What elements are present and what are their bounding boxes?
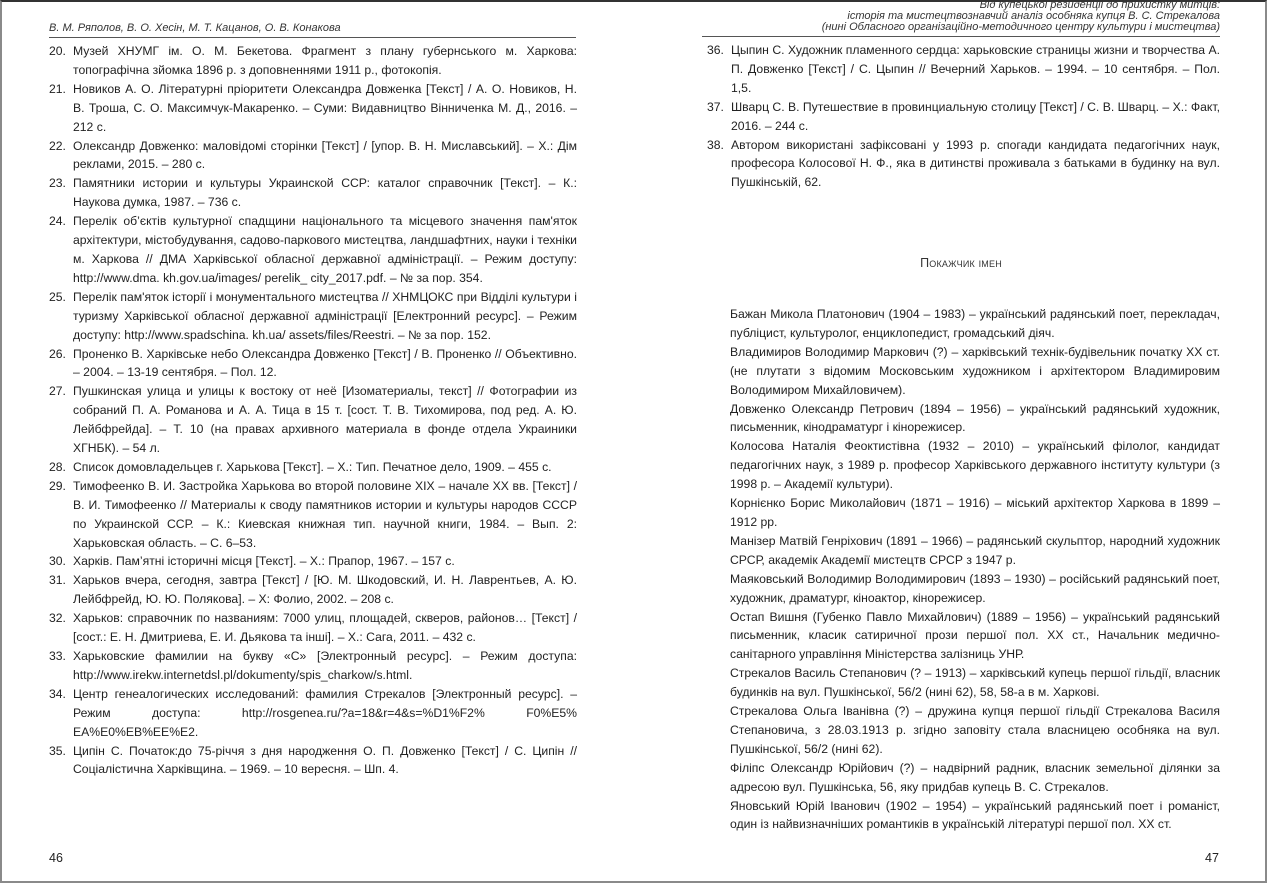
reference-number: 25. bbox=[49, 288, 66, 307]
page-number-right: 47 bbox=[1205, 851, 1219, 865]
reference-item: 34.Центр генеалогических исследований: ф… bbox=[49, 685, 577, 742]
running-head-title-line-3: (нині Обласного організаційно-методичног… bbox=[702, 22, 1220, 33]
reference-number: 31. bbox=[49, 571, 66, 590]
name-index-entry: Довженко Олександр Петрович (1894 – 1956… bbox=[730, 400, 1220, 438]
reference-text: Олександр Довженко: маловідомі сторінки … bbox=[73, 139, 577, 172]
name-index-entry: Манізер Матвій Генріхович (1891 – 1966) … bbox=[730, 532, 1220, 570]
running-head-right: Від купецької резиденції до прихистку ми… bbox=[702, 0, 1220, 37]
reference-item: 35.Ципін С. Початок:до 75-річчя з дня на… bbox=[49, 742, 577, 780]
reference-number: 20. bbox=[49, 42, 66, 61]
page-number-left: 46 bbox=[49, 851, 63, 865]
reference-text: Список домовладельцев г. Харькова [Текст… bbox=[73, 460, 552, 474]
reference-number: 32. bbox=[49, 609, 66, 628]
reference-text: Музей ХНУМГ ім. О. М. Бекетова. Фрагмент… bbox=[73, 44, 577, 77]
reference-text: Автором використані зафіксовані у 1993 р… bbox=[731, 138, 1220, 190]
reference-text: Перелік об’єктів культурної спадщини нац… bbox=[73, 214, 577, 285]
reference-text: Памятники истории и культуры Украинской … bbox=[73, 176, 577, 209]
reference-list-left: 20.Музей ХНУМГ ім. О. М. Бекетова. Фрагм… bbox=[49, 42, 577, 779]
reference-text: Цыпин С. Художник пламенного сердца: хар… bbox=[731, 43, 1220, 95]
name-index-list: Бажан Микола Платонович (1904 – 1983) – … bbox=[730, 305, 1220, 834]
reference-item: 38.Автором використані зафіксовані у 199… bbox=[707, 136, 1220, 193]
reference-number: 36. bbox=[707, 41, 724, 60]
reference-number: 23. bbox=[49, 174, 66, 193]
reference-number: 34. bbox=[49, 685, 66, 704]
reference-item: 36.Цыпин С. Художник пламенного сердца: … bbox=[707, 41, 1220, 98]
name-index-entry: Філіпс Олександр Юрійович (?) – надвірни… bbox=[730, 759, 1220, 797]
reference-item: 30.Харків. Пам’ятні історичні місця [Тек… bbox=[49, 552, 577, 571]
reference-item: 23.Памятники истории и культуры Украинск… bbox=[49, 174, 577, 212]
book-spread-frame: В. М. Ряполов, В. О. Хесін, М. Т. Кацано… bbox=[0, 0, 1267, 883]
reference-number: 35. bbox=[49, 742, 66, 761]
name-index-entry: Стрекалов Василь Степанович (? – 1913) –… bbox=[730, 664, 1220, 702]
reference-number: 22. bbox=[49, 137, 66, 156]
reference-text: Харьков вчера, сегодня, завтра [Текст] /… bbox=[73, 573, 577, 606]
reference-text: Проненко В. Харківське небо Олександра Д… bbox=[73, 347, 577, 380]
reference-number: 37. bbox=[707, 98, 724, 117]
reference-text: Шварц С. В. Путешествие в провинциальную… bbox=[731, 100, 1220, 133]
reference-text: Харьковские фамилии на букву «С» [Электр… bbox=[73, 649, 577, 682]
reference-text: Ципін С. Початок:до 75-річчя з дня народ… bbox=[73, 744, 577, 777]
name-index-entry: Корнієнко Борис Миколайович (1871 – 1916… bbox=[730, 494, 1220, 532]
reference-text: Пушкинская улица и улицы к востоку от не… bbox=[73, 384, 577, 455]
reference-number: 24. bbox=[49, 212, 66, 231]
name-index-entry: Яновський Юрій Іванович (1902 – 1954) – … bbox=[730, 797, 1220, 835]
reference-item: 24.Перелік об’єктів культурної спадщини … bbox=[49, 212, 577, 288]
reference-item: 21.Новиков А. О. Літературні пріоритети … bbox=[49, 80, 577, 137]
reference-item: 22.Олександр Довженко: маловідомі сторін… bbox=[49, 137, 577, 175]
right-page: Від купецької резиденції до прихистку ми… bbox=[635, 2, 1267, 883]
reference-number: 26. bbox=[49, 345, 66, 364]
reference-item: 27.Пушкинская улица и улицы к востоку от… bbox=[49, 382, 577, 458]
reference-text: Новиков А. О. Літературні пріоритети Оле… bbox=[73, 82, 577, 134]
name-index-entry: Бажан Микола Платонович (1904 – 1983) – … bbox=[730, 305, 1220, 343]
reference-item: 31.Харьков вчера, сегодня, завтра [Текст… bbox=[49, 571, 577, 609]
name-index-heading: Покажчик імен bbox=[702, 256, 1220, 270]
reference-text: Перелік пам'яток історії і монументально… bbox=[73, 290, 577, 342]
running-head-authors: В. М. Ряполов, В. О. Хесін, М. Т. Кацано… bbox=[49, 23, 576, 34]
reference-text: Харків. Пам’ятні історичні місця [Текст]… bbox=[73, 554, 455, 568]
reference-number: 29. bbox=[49, 477, 66, 496]
reference-number: 21. bbox=[49, 80, 66, 99]
reference-text: Центр генеалогических исследований: фами… bbox=[73, 687, 577, 739]
reference-item: 25.Перелік пам'яток історії і монументал… bbox=[49, 288, 577, 345]
name-index-entry: Маяковський Володимир Володимирович (189… bbox=[730, 570, 1220, 608]
reference-item: 32.Харьков: справочник по названиям: 700… bbox=[49, 609, 577, 647]
reference-number: 30. bbox=[49, 552, 66, 571]
reference-item: 29.Тимофеенко В. И. Застройка Харькова в… bbox=[49, 477, 577, 553]
reference-text: Харьков: справочник по названиям: 7000 у… bbox=[73, 611, 577, 644]
name-index-entry: Владимиров Володимир Маркович (?) – харк… bbox=[730, 343, 1220, 400]
reference-item: 20.Музей ХНУМГ ім. О. М. Бекетова. Фрагм… bbox=[49, 42, 577, 80]
reference-item: 26.Проненко В. Харківське небо Олександр… bbox=[49, 345, 577, 383]
reference-number: 38. bbox=[707, 136, 724, 155]
running-head-left: В. М. Ряполов, В. О. Хесін, М. Т. Кацано… bbox=[49, 23, 576, 38]
reference-number: 28. bbox=[49, 458, 66, 477]
reference-item: 28.Список домовладельцев г. Харькова [Те… bbox=[49, 458, 577, 477]
reference-text: Тимофеенко В. И. Застройка Харькова во в… bbox=[73, 479, 577, 550]
reference-item: 33.Харьковские фамилии на букву «С» [Эле… bbox=[49, 647, 577, 685]
name-index-entry: Остап Вишня (Губенко Павло Михайлович) (… bbox=[730, 608, 1220, 665]
reference-item: 37.Шварц С. В. Путешествие в провинциаль… bbox=[707, 98, 1220, 136]
reference-number: 33. bbox=[49, 647, 66, 666]
name-index-entry: Стрекалова Ольга Іванівна (?) – дружина … bbox=[730, 702, 1220, 759]
reference-number: 27. bbox=[49, 382, 66, 401]
left-page: В. М. Ряполов, В. О. Хесін, М. Т. Кацано… bbox=[2, 2, 635, 883]
name-index-entry: Колосова Наталія Феоктистівна (1932 – 20… bbox=[730, 437, 1220, 494]
reference-list-right: 36.Цыпин С. Художник пламенного сердца: … bbox=[707, 41, 1220, 192]
